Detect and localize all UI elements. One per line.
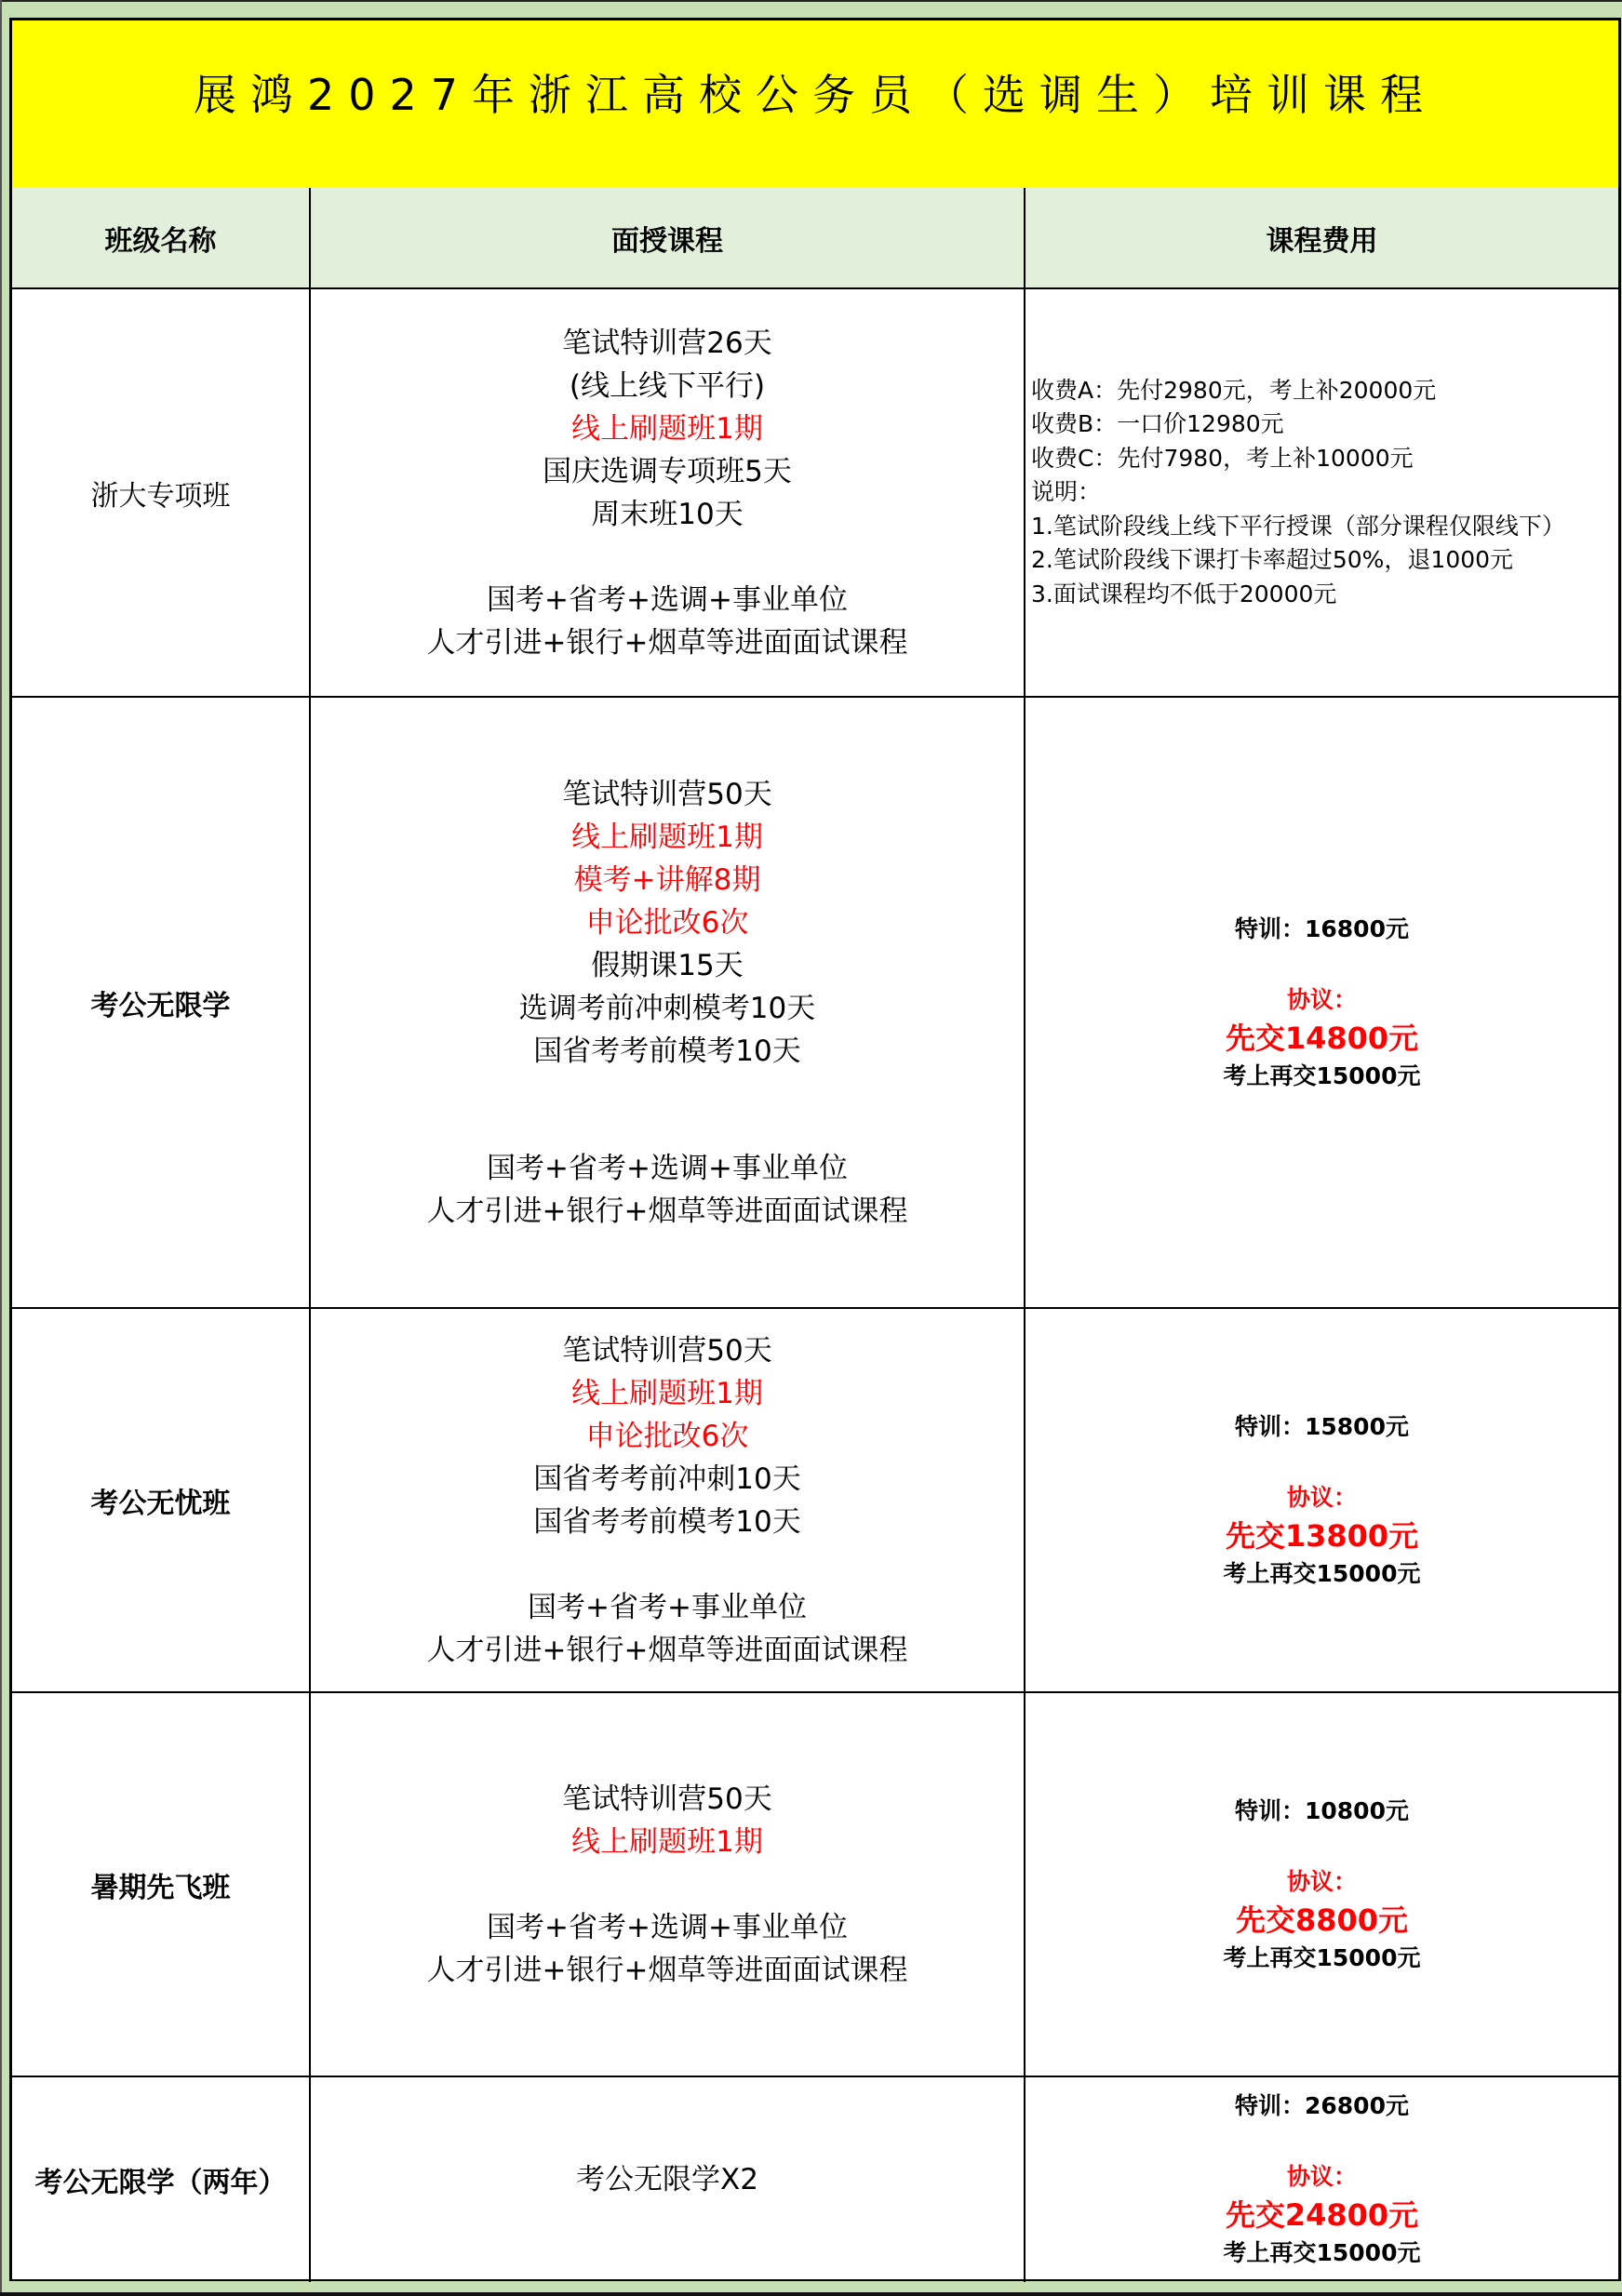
special-price: 特训：26800元 — [1235, 2089, 1409, 2124]
course-line: 笔试特训营50天 — [562, 1329, 771, 1372]
courses-cell: 笔试特训营50天 线上刷题班1期 国考+省考+选调+事业单位 人才引进+银行+烟… — [311, 1693, 1025, 2076]
course-line-highlight: 申论批改6次 — [586, 901, 749, 944]
agreement-label: 协议： — [1287, 982, 1357, 1018]
agreement-after-price: 考上再交15000元 — [1224, 1941, 1421, 1976]
interview-course-line: 人才引进+银行+烟草等进面面试课程 — [427, 621, 908, 664]
interview-course-line: 国考+省考+选调+事业单位 — [487, 1906, 848, 1949]
table-row: 考公无忧班 笔试特训营50天 线上刷题班1期 申论批改6次 国省考考前冲刺10天… — [12, 1309, 1618, 1693]
course-line: 考公无限学X2 — [576, 2158, 758, 2201]
agreement-upfront-price: 先交24800元 — [1226, 2195, 1418, 2236]
course-line: 国庆选调专项班5天 — [543, 450, 792, 493]
interview-course-line: 人才引进+银行+烟草等进面面试课程 — [427, 1190, 908, 1233]
courses-cell: 笔试特训营50天 线上刷题班1期 模考+讲解8期 申论批改6次 假期课15天 选… — [311, 698, 1025, 1307]
course-line: 选调考前冲刺模考10天 — [519, 987, 815, 1030]
special-price: 特训：16800元 — [1235, 912, 1409, 947]
class-name-cell: 考公无忧班 — [12, 1309, 311, 1691]
header-cell-courses: 面授课程 — [311, 188, 1025, 287]
course-line: 笔试特训营26天 — [562, 322, 771, 365]
agreement-label: 协议： — [1287, 1480, 1357, 1515]
special-price: 特训：15800元 — [1235, 1409, 1409, 1445]
course-line-highlight: 申论批改6次 — [586, 1415, 749, 1458]
fee-notes-label: 说明： — [1031, 475, 1101, 510]
course-line-highlight: 模考+讲解8期 — [574, 859, 761, 901]
agreement-label: 协议： — [1287, 2159, 1357, 2195]
course-line-highlight: 线上刷题班1期 — [571, 816, 763, 859]
interview-course-line: 国考+省考+选调+事业单位 — [487, 579, 848, 621]
fee-option-b: 收费B：一口价12980元 — [1031, 407, 1284, 442]
course-line: 笔试特训营50天 — [562, 1778, 771, 1821]
fee-option-a: 收费A：先付2980元，考上补20000元 — [1031, 374, 1436, 408]
class-name: 考公无限学 — [91, 982, 231, 1023]
courses-cell: 考公无限学X2 — [311, 2077, 1025, 2282]
fees-cell: 特训：26800元 协议： 先交24800元 考上再交15000元 — [1025, 2077, 1618, 2282]
table-row: 浙大专项班 笔试特训营26天 (线上线下平行) 线上刷题班1期 国庆选调专项班5… — [12, 289, 1618, 698]
fee-note: 1.笔试阶段线上线下平行授课（部分课程仅限线下） — [1031, 510, 1565, 544]
header-fees: 课程费用 — [1267, 218, 1378, 259]
agreement-after-price: 考上再交15000元 — [1224, 2236, 1421, 2271]
header-cell-fees: 课程费用 — [1025, 188, 1618, 287]
class-name-cell: 考公无限学 — [12, 698, 311, 1307]
table-row: 考公无限学 笔试特训营50天 线上刷题班1期 模考+讲解8期 申论批改6次 假期… — [12, 698, 1618, 1309]
interview-course-line: 国考+省考+事业单位 — [528, 1586, 807, 1629]
course-line: 国省考考前冲刺10天 — [533, 1458, 800, 1501]
fees-cell: 收费A：先付2980元，考上补20000元 收费B：一口价12980元 收费C：… — [1025, 289, 1618, 696]
header-row: 班级名称 面授课程 课程费用 — [12, 188, 1618, 289]
course-line: 周末班10天 — [591, 493, 743, 536]
class-name: 浙大专项班 — [91, 473, 231, 514]
course-line-highlight: 线上刷题班1期 — [571, 1372, 763, 1415]
sheet-frame-bottom — [0, 2292, 1622, 2296]
agreement-after-price: 考上再交15000元 — [1224, 1059, 1421, 1094]
class-name: 暑期先飞班 — [91, 1864, 231, 1905]
agreement-upfront-price: 先交14800元 — [1226, 1018, 1418, 1059]
course-line: 笔试特训营50天 — [562, 773, 771, 816]
special-price: 特训：10800元 — [1235, 1794, 1409, 1829]
fee-note: 3.面试课程均不低于20000元 — [1031, 578, 1336, 612]
interview-course-line: 国考+省考+选调+事业单位 — [487, 1147, 848, 1190]
class-name: 考公无限学（两年） — [35, 2159, 287, 2200]
course-line: 国省考考前模考10天 — [533, 1501, 800, 1543]
agreement-upfront-price: 先交13800元 — [1226, 1515, 1418, 1556]
fees-cell: 特训：16800元 协议： 先交14800元 考上再交15000元 — [1025, 698, 1618, 1307]
interview-course-line: 人才引进+银行+烟草等进面面试课程 — [427, 1949, 908, 1992]
class-name-cell: 浙大专项班 — [12, 289, 311, 696]
interview-course-line: 人才引进+银行+烟草等进面面试课程 — [427, 1629, 908, 1672]
header-courses: 面授课程 — [611, 218, 723, 259]
fees-cell: 特训：10800元 协议： 先交8800元 考上再交15000元 — [1025, 1693, 1618, 2076]
agreement-label: 协议： — [1287, 1864, 1357, 1900]
header-class-name: 班级名称 — [105, 218, 217, 259]
table-row: 暑期先飞班 笔试特训营50天 线上刷题班1期 国考+省考+选调+事业单位 人才引… — [12, 1693, 1618, 2077]
courses-cell: 笔试特训营50天 线上刷题班1期 申论批改6次 国省考考前冲刺10天 国省考考前… — [311, 1309, 1025, 1691]
sheet-frame-left — [0, 0, 2, 2296]
course-line-highlight: 线上刷题班1期 — [571, 407, 763, 450]
title-row: 展鸿2027年浙江高校公务员（选调生）培训课程 — [12, 20, 1618, 190]
class-name-cell: 暑期先飞班 — [12, 1693, 311, 2076]
table-row: 考公无限学（两年） 考公无限学X2 特训：26800元 协议： 先交24800元… — [12, 2077, 1618, 2282]
course-table: 展鸿2027年浙江高校公务员（选调生）培训课程 班级名称 面授课程 课程费用 浙… — [9, 18, 1621, 2281]
course-line-highlight: 线上刷题班1期 — [571, 1821, 763, 1863]
agreement-after-price: 考上再交15000元 — [1224, 1556, 1421, 1592]
fee-note: 2.笔试阶段线下课打卡率超过50%，退1000元 — [1031, 543, 1513, 578]
sheet-frame-top — [0, 0, 1622, 2]
fee-option-c: 收费C：先付7980，考上补10000元 — [1031, 442, 1414, 476]
courses-cell: 笔试特训营26天 (线上线下平行) 线上刷题班1期 国庆选调专项班5天 周末班1… — [311, 289, 1025, 696]
page-title: 展鸿2027年浙江高校公务员（选调生）培训课程 — [194, 61, 1437, 123]
course-line: 假期课15天 — [591, 944, 743, 987]
header-cell-class-name: 班级名称 — [12, 188, 311, 287]
class-name-cell: 考公无限学（两年） — [12, 2077, 311, 2282]
class-name: 考公无忧班 — [91, 1480, 231, 1521]
course-line: (线上线下平行) — [570, 365, 765, 407]
fees-cell: 特训：15800元 协议： 先交13800元 考上再交15000元 — [1025, 1309, 1618, 1691]
course-line: 国省考考前模考10天 — [533, 1030, 800, 1073]
agreement-upfront-price: 先交8800元 — [1236, 1900, 1408, 1941]
